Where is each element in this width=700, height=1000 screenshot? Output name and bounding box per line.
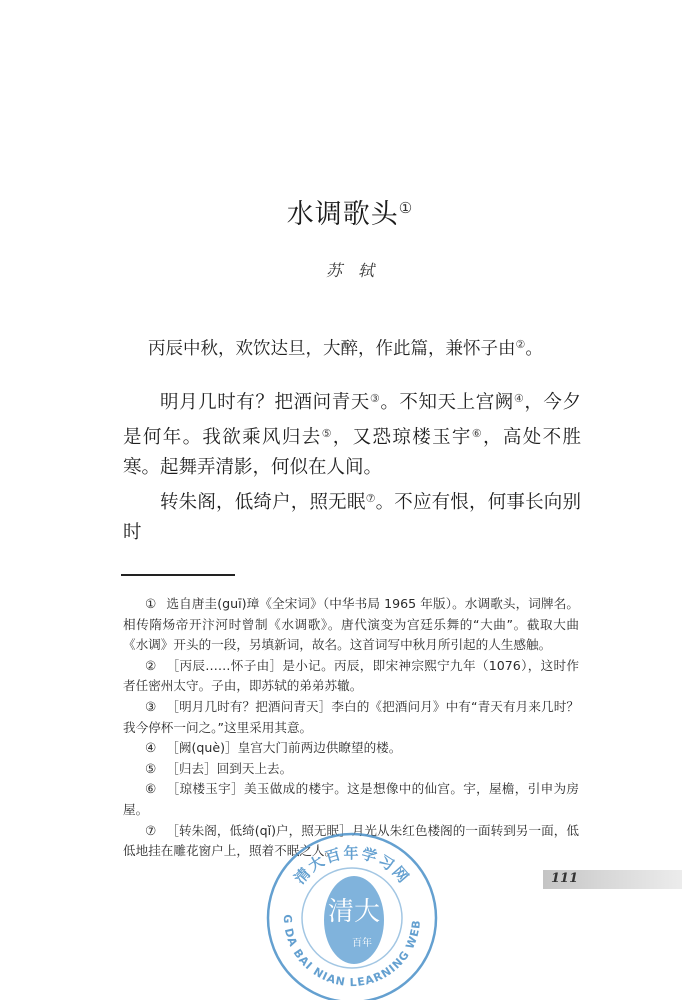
poem-title-text: 水调歌头 (287, 199, 399, 230)
footnote-mark: ② (145, 658, 157, 673)
footnote-ref[interactable]: ④ (514, 392, 524, 405)
footnote-item: ⑦［转朱阁，低绮(qǐ)户，照无眠］月光从朱红色楼阁的一面转到另一面，低低地挂在… (123, 821, 579, 862)
poem-body: 明月几时有？把酒问青天③。不知天上宫阙④，今夕是何年。我欲乘风归去⑤，又恐琼楼玉… (123, 384, 581, 549)
footnote-text: ［丙辰……怀子由］是小记。丙辰，即宋神宗熙宁九年（1076），这时作者任密州太守… (123, 658, 579, 694)
preface-text: 丙辰中秋，欢饮达旦，大醉，作此篇，兼怀子由 (148, 339, 516, 359)
author-name: 苏轼 (0, 258, 700, 281)
footnote-item: ⑥［琼楼玉宇］美玉做成的楼宇。这是想像中的仙宫。宇，屋檐，引申为房屋。 (123, 779, 579, 820)
footnote-item: ④［阙(què)］皇宫大门前两边供瞭望的楼。 (123, 738, 579, 759)
footnote-item: ③［明月几时有？把酒问青天］李白的《把酒问月》中有“青天有月来几时？我今停杯一问… (123, 697, 579, 738)
footnote-ref[interactable]: ② (516, 338, 526, 351)
footnote-text: ［明月几时有？把酒问青天］李白的《把酒问月》中有“青天有月来几时？我今停杯一问之… (123, 699, 579, 735)
page-number: 111 (551, 871, 578, 886)
footnote-item: ⑤［归去］回到天上去。 (123, 759, 579, 780)
poem-text: 明月几时有？把酒问青天 (160, 392, 370, 413)
footnote-text: ［归去］回到天上去。 (166, 761, 292, 776)
footnote-mark: ⑦ (145, 823, 156, 838)
poem-text: ，又恐琼楼玉宇 (333, 427, 472, 448)
footnote-ref[interactable]: ③ (370, 392, 380, 405)
footnote-divider (121, 574, 235, 576)
poem-title: 水调歌头① (0, 192, 700, 231)
poem-text: 转朱阁，低绮户，照无眠 (160, 492, 366, 513)
footnote-text: ［琼楼玉宇］美玉做成的楼宇。这是想像中的仙宫。宇，屋檐，引申为房屋。 (123, 781, 579, 817)
poem-paragraph: 明月几时有？把酒问青天③。不知天上宫阙④，今夕是何年。我欲乘风归去⑤，又恐琼楼玉… (123, 384, 581, 484)
footnote-mark: ⑥ (145, 781, 157, 796)
footnote-ref[interactable]: ⑤ (322, 427, 333, 440)
footnote-ref[interactable]: ⑥ (472, 427, 483, 440)
preface-end: 。 (525, 339, 543, 359)
page-number-bar: 111 (543, 870, 682, 889)
footnotes: ①选自唐圭(guī)璋《全宋词》（中华书局 1965 年版）。水调歌头，词牌名。… (123, 594, 579, 862)
footnote-mark: ⑤ (145, 761, 156, 776)
footnote-item: ②［丙辰……怀子由］是小记。丙辰，即宋神宗熙宁九年（1076），这时作者任密州太… (123, 656, 579, 697)
poem-text: 。不知天上宫阙 (380, 392, 514, 413)
footnote-text: ［阙(què)］皇宫大门前两边供瞭望的楼。 (166, 740, 401, 755)
footnote-mark: ① (145, 596, 156, 611)
watermark-center-text: 清大 (328, 897, 380, 927)
footnote-ref[interactable]: ① (399, 199, 413, 217)
poem-paragraph: 转朱阁，低绮户，照无眠⑦。不应有恨，何事长向别时 (123, 484, 581, 549)
footnote-text: ［转朱阁，低绮(qǐ)户，照无眠］月光从朱红色楼阁的一面转到另一面，低低地挂在雕… (123, 823, 579, 859)
svg-text:百年: 百年 (352, 936, 372, 949)
footnote-text: 选自唐圭(guī)璋《全宋词》（中华书局 1965 年版）。水调歌头，词牌名。相… (123, 596, 579, 652)
preface: 丙辰中秋，欢饮达旦，大醉，作此篇，兼怀子由②。 (148, 335, 543, 360)
footnote-item: ①选自唐圭(guī)璋《全宋词》（中华书局 1965 年版）。水调歌头，词牌名。… (123, 594, 579, 656)
footnote-ref[interactable]: ⑦ (366, 492, 376, 505)
footnote-mark: ④ (145, 740, 156, 755)
footnote-mark: ③ (145, 699, 156, 714)
